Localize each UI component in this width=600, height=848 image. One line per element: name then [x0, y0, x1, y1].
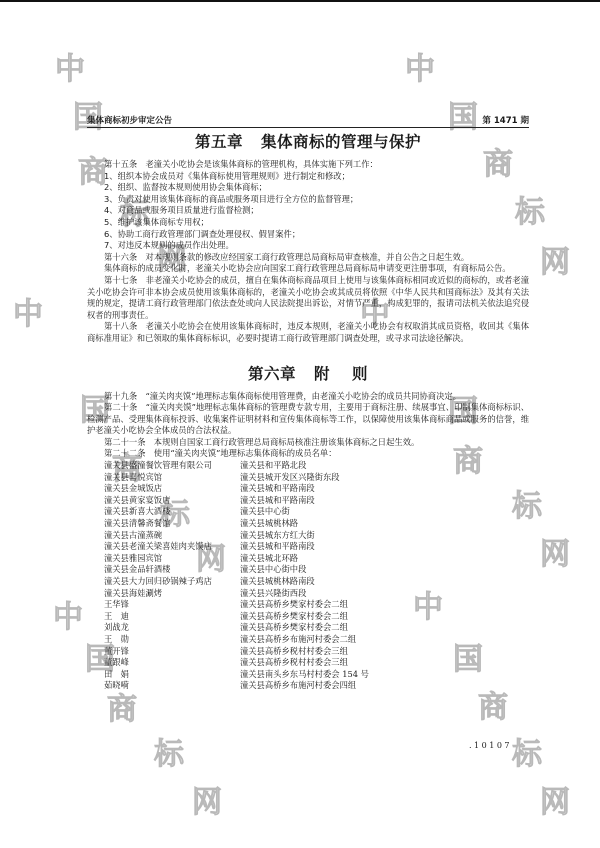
member-row: 潼关县金品轩酒楼潼关县中心街中段	[104, 564, 529, 576]
article-17: 第十七条 非老潼关小吃协会的成员，擅自在集体商标商品项目上使用与该集体商标相同或…	[87, 275, 529, 321]
list-item: 5、维护该集体商标专用权；	[87, 217, 529, 229]
member-row: 田 娟潼关县南头乡东马村村委会 154 号	[104, 669, 529, 681]
member-list: 潼关县盛潼餐饮管理有限公司潼关县和平路北段 潼关县喜悦宾馆潼关县城开发区兴隆街东…	[87, 460, 529, 692]
member-row: 潼关县盛潼餐饮管理有限公司潼关县和平路北段	[104, 460, 529, 472]
member-row: 潼关县海娃涮烤潼关县兴隆街西段	[104, 588, 529, 600]
article-20: 第二十条 “潼关肉夹馍”地理标志集体商标的管理费专款专用，主要用于商标注册、续展…	[87, 402, 529, 437]
article-18: 第十八条 老潼关小吃协会在使用该集体商标时，违反本规则，老潼关小吃协会有权取消其…	[87, 321, 529, 344]
running-header: 集体商标初步审定公告 第 1471 期	[87, 110, 529, 128]
member-row: 潼关县喜悦宾馆潼关县城开发区兴隆街东段	[104, 472, 529, 484]
member-row: 潼关县雅园宾馆潼关县城北环路	[104, 553, 529, 565]
article-16: 第十六条 对本规则条款的修改应经国家工商行政管理总局商标局审查核准，并自公告之日…	[87, 252, 529, 264]
member-row: 潼关县古潼蒸碗潼关县城东方红大街	[104, 530, 529, 542]
article-15-intro: 第十五条 老潼关小吃协会是该集体商标的管理机构，具体实施下列工作：	[87, 159, 529, 171]
list-item: 1、组织本协会成员对《集体商标使用管理规则》进行制定和修改；	[87, 171, 529, 183]
watermark-zhong-icon: 中	[53, 603, 83, 633]
watermark-shang-icon: 商	[107, 695, 137, 725]
member-row: 刘战龙潼关县高桥乡樊家村委会二组	[104, 622, 529, 634]
watermark-zhong-icon: 中	[13, 300, 43, 330]
member-row: 王 迪潼关县高桥乡樊家村委会二组	[104, 611, 529, 623]
watermark-zhong-icon: 中	[405, 55, 435, 85]
watermark-wang-icon: 网	[540, 248, 570, 278]
list-item: 7、对违反本规则的成员作出处理。	[87, 240, 529, 252]
publication-title: 集体商标初步审定公告	[87, 114, 172, 126]
article-15-list: 1、组织本协会成员对《集体商标使用管理规则》进行制定和修改； 2、组织、监督按本…	[87, 171, 529, 252]
issue-number: 第 1471 期	[482, 114, 529, 126]
list-item: 6、协助工商行政管理部门调查处理侵权、假冒案件；	[87, 229, 529, 241]
member-row: 王 勋潼关县高桥乡布施河村委会二组	[104, 634, 529, 646]
watermark-biao-icon: 标	[154, 740, 184, 770]
member-row: 潼关县金城饭店潼关县城和平路南段	[104, 483, 529, 495]
member-row: 董开锋潼关县高桥乡税村村委会三组	[104, 646, 529, 658]
chapter-6-label: 第六章	[248, 365, 296, 383]
article-16-member-change: 集体商标的成员变化时，老潼关小吃协会应向国家工商行政管理总局商标局申请变更注册事…	[87, 263, 529, 275]
member-row: 茹晓嗬潼关县高桥乡布施河村委会四组	[104, 680, 529, 692]
article-21: 第二十一条 本规则自国家工商行政管理总局商标局核准注册该集体商标之日起生效。	[87, 437, 529, 449]
member-row: 潼关县清馨斋餐馆潼关县城桃林路	[104, 518, 529, 530]
chapter-6-title: 第六章附则	[87, 363, 529, 385]
member-row: 潼关县黄家宴饭店潼关县城和平路南段	[104, 495, 529, 507]
article-19: 第十九条 “潼关肉夹馍”地理标志集体商标使用管理费，由老潼关小吃协会的成员共同协…	[87, 391, 529, 403]
top-border-line	[0, 0, 600, 2]
watermark-shang-icon: 商	[478, 693, 508, 723]
document-page: 集体商标初步审定公告 第 1471 期 第五章集体商标的管理与保护 第十五条 老…	[87, 110, 529, 692]
chapter-5-title: 第五章集体商标的管理与保护	[87, 131, 529, 153]
chapter-5-label: 第五章	[195, 133, 243, 151]
member-row: 董跟峰潼关县高桥乡税村村委会三组	[104, 657, 529, 669]
watermark-biao-icon: 标	[512, 740, 542, 770]
list-item: 2、组织、监督按本规则使用协会集体商标；	[87, 182, 529, 194]
watermark-wang-icon: 网	[192, 788, 222, 818]
member-row: 王华锋潼关县高桥乡樊家村委会二组	[104, 599, 529, 611]
article-22: 第二十二条 使用“潼关肉夹馍”地理标志集体商标的成员名单：	[87, 448, 529, 460]
chapter-5-heading: 集体商标的管理与保护	[261, 133, 421, 151]
member-row: 潼关县新喜大酒楼潼关县中心街	[104, 506, 529, 518]
member-row: 潼关县大力回归砂锅辣子鸡店潼关县城桃林路南段	[104, 576, 529, 588]
page-number: .10107	[469, 741, 512, 750]
member-row: 潼关县老潼关梁喜娃肉夹馍店潼关县城和平路南段	[104, 541, 529, 553]
list-item: 3、负责对使用该集体商标的商品或服务项目进行全方位的监督管理；	[87, 194, 529, 206]
watermark-zhong-icon: 中	[55, 55, 85, 85]
watermark-wang-icon: 网	[540, 540, 570, 570]
list-item: 4、对商品或服务项目质量进行监督检测；	[87, 205, 529, 217]
watermark-wang-icon: 网	[540, 788, 570, 818]
